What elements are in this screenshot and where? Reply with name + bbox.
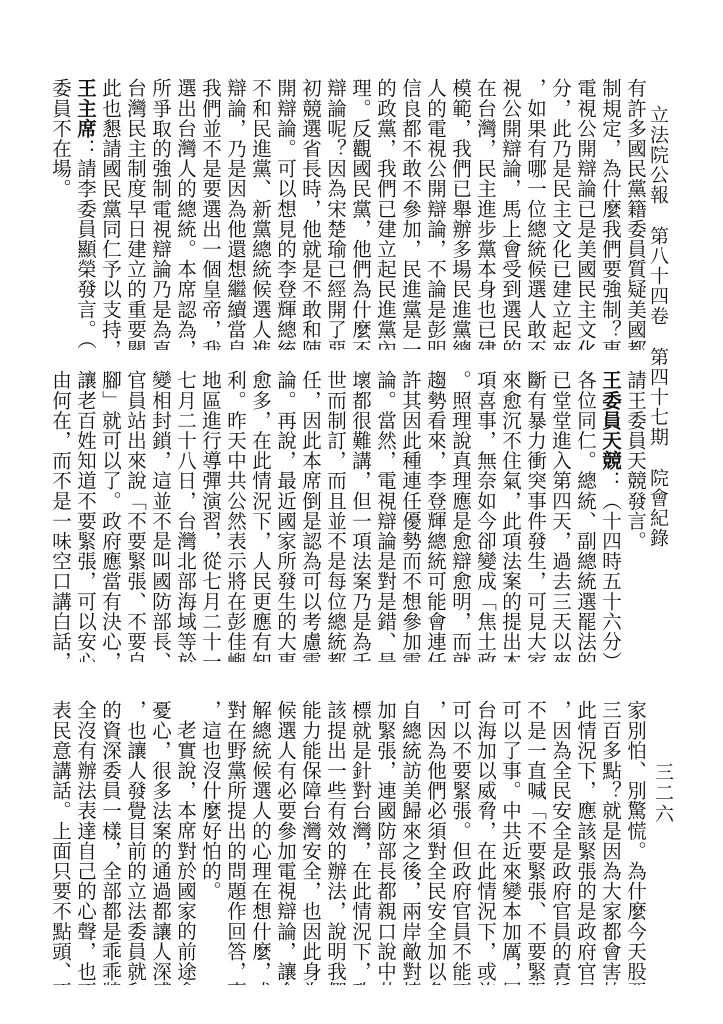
text-column: 有許多國民黨籍委員質疑美國都沒有強 xyxy=(625,78,650,350)
text-column: 論。當然，電視辯論是對是錯、是好是 xyxy=(375,370,400,662)
text-column: 。照理說真理應是愈辯愈明，而就各項 xyxy=(450,370,475,662)
text-column: 全沒有辦法表達自己的心聲，也不能代 xyxy=(75,700,100,985)
text-column: 辯論，乃是因為他還想繼續當皇帝，但 xyxy=(225,78,250,350)
text-column: 此情況下，應該緊張的是政府官員才對 xyxy=(575,700,600,985)
text-column: 老實說，本席對於國家的前途愈來愈 xyxy=(175,700,200,985)
text-column: 電視公開辯論已是美國民主文化的一部 xyxy=(575,78,600,350)
text-column: 台海加以威脅，在此情況下，或許人民 xyxy=(475,700,500,985)
text-column: 許其因此種連任優勢而不想參加電視辯 xyxy=(400,370,425,662)
text-column: ，因為全民安全是政府官員的責任，並 xyxy=(550,700,575,985)
text-column: 地區進行導彈演習，從七月二十一日至 xyxy=(200,370,225,662)
text-column: 理。反觀國民黨，他們為什麼不要電視 xyxy=(350,78,375,350)
text-column: 趨勢看來，李登輝總統可能會連任，或 xyxy=(425,370,450,662)
text-column: 王委員天競：（十四時五十六分）主席、 xyxy=(600,370,625,662)
text-column: 各位同仁。總統、副總統選罷法的審查 xyxy=(575,370,600,662)
text-column: 世而制訂，而且並不是每位總統都能連 xyxy=(325,370,350,662)
text-column: 標就是針對台灣，在此情況下，政府應 xyxy=(350,700,375,985)
text-column: 辯論呢？因為宋楚瑜已經開了惡例，當 xyxy=(325,78,350,350)
column-text: ：（十四時五十六分）主席、 xyxy=(600,471,622,663)
text-band-bottom: 家別怕、別驚慌。為什麼今天股票跌了三百多點？就是因為大家都會害怕，在此情況下，應… xyxy=(50,700,650,985)
text-column: 的資深委員一樣，全部都是乖乖牌，完 xyxy=(100,700,125,985)
text-column: 對在野黨所提出的問題作回答，事實上 xyxy=(225,700,250,985)
text-band-top: 有許多國民黨籍委員質疑美國都沒有強制規定，為什麼我們要強制？事實上，電視公開辯論… xyxy=(50,78,650,350)
text-column: 腳」就可以了。政府應當有決心，保證 xyxy=(100,370,125,662)
text-column: 壞都很難講，但一項法案乃是為千秋萬 xyxy=(350,370,375,662)
text-column: 解總統候選人的心理在想什麼，或是針 xyxy=(250,700,275,985)
text-column: 台灣民主制度早日建立的重要關鍵，因 xyxy=(125,78,150,350)
text-column: 不和民進黨、新黨總統候選人進行電視 xyxy=(250,78,275,350)
text-column: 王主席：請李委員顯榮發言。（不在場）李 xyxy=(75,78,100,350)
text-column: 委員不在場。 xyxy=(50,78,75,350)
text-column: 可以了事。中共近來變本加厲，屢次對 xyxy=(500,700,525,985)
text-column: 視公開辯論，馬上會受到選民的唾棄。 xyxy=(500,78,525,350)
text-band-middle: 請王委員天競發言。王委員天競：（十四時五十六分）主席、各位同仁。總統、副總統選罷… xyxy=(50,370,650,662)
text-column: 此也懇請國民黨同仁予以支持，謝謝。 xyxy=(100,78,125,350)
text-column: 表民意講話。上面只要不點頭、不放鬆 xyxy=(50,700,75,985)
text-column: 的政黨，我們已建立起民進黨內部的倫 xyxy=(375,78,400,350)
text-column: ，也讓人發覺目前的立法委員就和以往 xyxy=(125,700,150,985)
text-column: 模範，我們已舉辦多場民進黨總統候選 xyxy=(450,78,475,350)
text-column: ，因為他們必須對全民安全加以負責。 xyxy=(425,700,450,985)
text-column: 能力能保障台灣安全，也因此身為總統 xyxy=(300,700,325,985)
column-text: ：請李委員顯榮發言。（不在場）李 xyxy=(75,138,97,350)
text-column: ，如果有哪一位總統候選人敢不參加電 xyxy=(525,78,550,350)
text-column: 論。再說，最近國家所發生的大事愈來 xyxy=(275,370,300,662)
text-column: 愈多，在此情況下，人民更應有知的權 xyxy=(250,370,275,662)
text-column: 請王委員天競發言。 xyxy=(625,370,650,662)
text-column: 初競選省長時，他就是不敢和陳定南公 xyxy=(300,78,325,350)
text-column: 選出台灣人的總統。本席認為，民進黨 xyxy=(175,78,200,350)
text-column: 在台灣，民主進步黨本身也已建立此項 xyxy=(475,78,500,350)
text-column: 人的電視公開辯論，不論是彭明敏或許 xyxy=(425,78,450,350)
text-column: 已堂堂進入第四天，過去三天以來，不 xyxy=(550,370,575,662)
text-column: 制規定，為什麼我們要強制？事實上， xyxy=(600,78,625,350)
text-column: 憂心，很多法案的通過都讓人深感悲哀 xyxy=(150,700,175,985)
document-page: 立法院公報 第八十四卷 第四十七期 院會紀錄 有許多國民黨籍委員質疑美國都沒有強… xyxy=(0,0,723,1024)
text-column: 七月二十八日，台灣北部海域等於是遭 xyxy=(175,370,200,662)
text-column: 由何在，而不是一味空口講白話，叫大 xyxy=(50,370,75,662)
text-column: 任，因此本席倒是認為可以考慮電視辯 xyxy=(300,370,325,662)
text-column: 來愈沉不住氣，此項法案的提出本是一 xyxy=(500,370,525,662)
text-column: 加緊張，連國防部長都親口說中共的目 xyxy=(375,700,400,985)
text-column: 家別怕、別驚慌。為什麼今天股票跌了 xyxy=(625,700,650,985)
text-column: 變相封鎖，這並不是叫國防部長、政府 xyxy=(150,370,175,662)
text-column: 分，此乃是民主文化已建立起來的倫理 xyxy=(550,78,575,350)
page-number: 三二六 xyxy=(650,762,677,825)
text-column: 我們並不是要選出一個皇帝，我們是要 xyxy=(200,78,225,350)
text-column: ，這也沒什麼好怕的。 xyxy=(200,700,225,985)
text-column: 候選人有必要參加電視辯論，讓全民瞭 xyxy=(275,700,300,985)
text-column: 開辯論。可以想見的李登輝總統之所以 xyxy=(275,78,300,350)
speaker-name: 王委員天競 xyxy=(600,370,622,471)
text-column: 該提出一些有效的辦法，說明我們有何 xyxy=(325,700,350,985)
text-column: 利。昨天中共公然表示將在彭佳嶼附近 xyxy=(225,370,250,662)
text-column: 自總統訪美歸來之後，兩岸敵對情勢愈 xyxy=(400,700,425,985)
text-column: 三百多點？就是因為大家都會害怕，在 xyxy=(600,700,625,985)
text-column: 可以不要緊張。但政府官員不能不緊張 xyxy=(450,700,475,985)
speaker-name: 王主席 xyxy=(75,78,97,138)
text-column: 不是一直喊「不要緊張、不要緊張」就 xyxy=(525,700,550,985)
text-column: 官員站出來說「不要緊張、不要自亂陣 xyxy=(125,370,150,662)
text-column: 斷有暴力衝突事件發生，可見大家已愈 xyxy=(525,370,550,662)
text-column: 信良都不敢不參加，民進黨是一個民主 xyxy=(400,78,425,350)
text-column: 讓老百姓知道不要緊張，可以安心的理 xyxy=(75,370,100,662)
text-column: 項喜事，無奈如今卻變成「焦土政策」 xyxy=(475,370,500,662)
text-column: 所爭取的強制電視辯論乃是為真理、為 xyxy=(150,78,175,350)
